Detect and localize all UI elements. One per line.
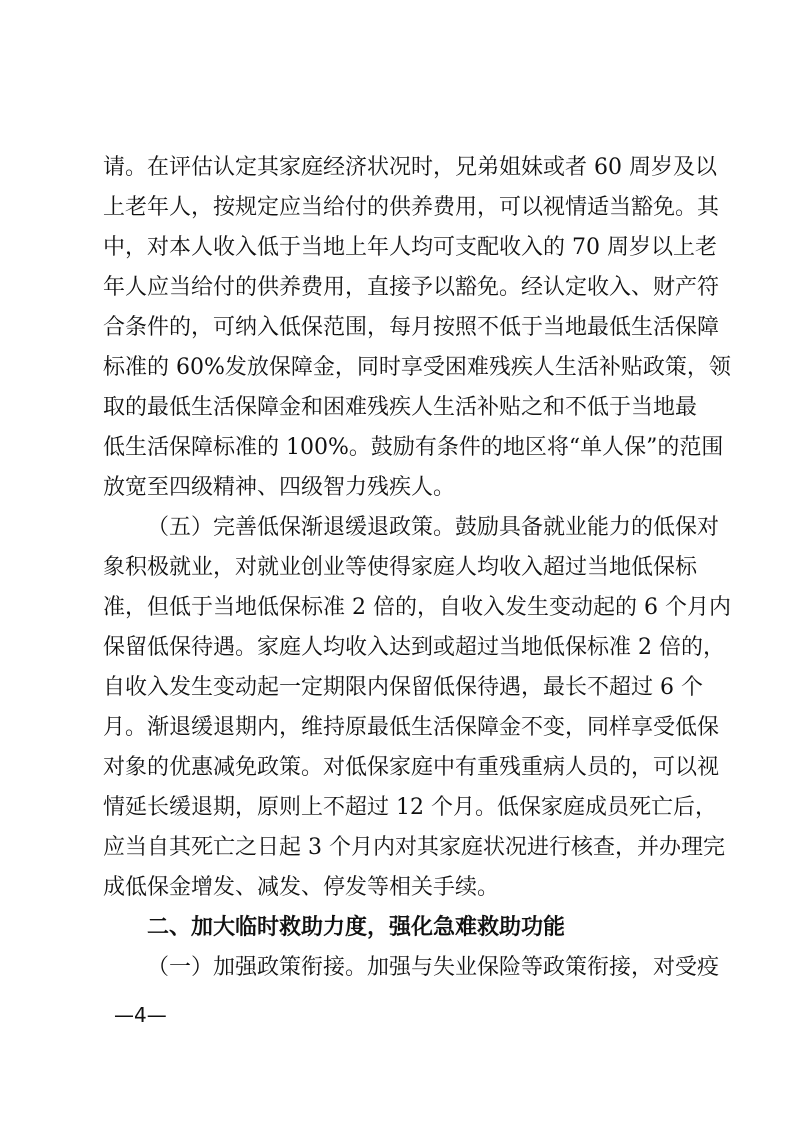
paragraph-line: 象积极就业，对就业创业等使得家庭人均收入超过当地低保标	[103, 548, 693, 588]
paragraph-line: 准，但低于当地低保标准 2 倍的，自收入发生变动起的 6 个月内	[103, 588, 693, 628]
paragraph-line: 情延长缓退期，原则上不超过 12 个月。低保家庭成员死亡后，	[103, 788, 693, 828]
paragraph-line: 中，对本人收入低于当地上年人均可支配收入的 70 周岁以上老	[103, 228, 693, 268]
paragraph-line: 低生活保障标准的 100%。鼓励有条件的地区将“单人保”的范围	[103, 428, 693, 468]
paragraph-line: 应当自其死亡之日起 3 个月内对其家庭状况进行核查，并办理完	[103, 828, 693, 868]
section-heading: 二、加大临时救助力度，强化急难救助功能	[147, 908, 693, 948]
paragraph-line: 对象的优惠减免政策。对低保家庭中有重残重病人员的，可以视	[103, 748, 693, 788]
paragraph-line: 年人应当给付的供养费用，直接予以豁免。经认定收入、财产符	[103, 268, 693, 308]
paragraph-line: 标准的 60%发放保障金，同时享受困难残疾人生活补贴政策，领	[103, 348, 693, 388]
paragraph-line-first: （一）加强政策衔接。加强与失业保险等政策衔接，对受疫	[147, 948, 693, 988]
paragraph-line: 月。渐退缓退期内，维持原最低生活保障金不变，同样享受低保	[103, 708, 693, 748]
paragraph-line: 放宽至四级精神、四级智力残疾人。	[103, 468, 693, 508]
page-number: —4—	[114, 1000, 167, 1030]
paragraph-line-first: （五）完善低保渐退缓退政策。鼓励具备就业能力的低保对	[147, 508, 693, 548]
paragraph-line: 保留低保待遇。家庭人均收入达到或超过当地低保标准 2 倍的，	[103, 628, 693, 668]
document-page: 请。在评估认定其家庭经济状况时，兄弟姐妹或者 60 周岁及以 上老年人，按规定应…	[0, 0, 793, 1122]
paragraph-line: 自收入发生变动起一定期限内保留低保待遇，最长不超过 6 个	[103, 668, 693, 708]
paragraph-line: 取的最低生活保障金和困难残疾人生活补贴之和不低于当地最	[103, 388, 693, 428]
paragraph-line: 请。在评估认定其家庭经济状况时，兄弟姐妹或者 60 周岁及以	[103, 148, 693, 188]
paragraph-line: 成低保金增发、减发、停发等相关手续。	[103, 868, 693, 908]
paragraph-line: 上老年人，按规定应当给付的供养费用，可以视情适当豁免。其	[103, 188, 693, 228]
paragraph-line: 合条件的，可纳入低保范围，每月按照不低于当地最低生活保障	[103, 308, 693, 348]
